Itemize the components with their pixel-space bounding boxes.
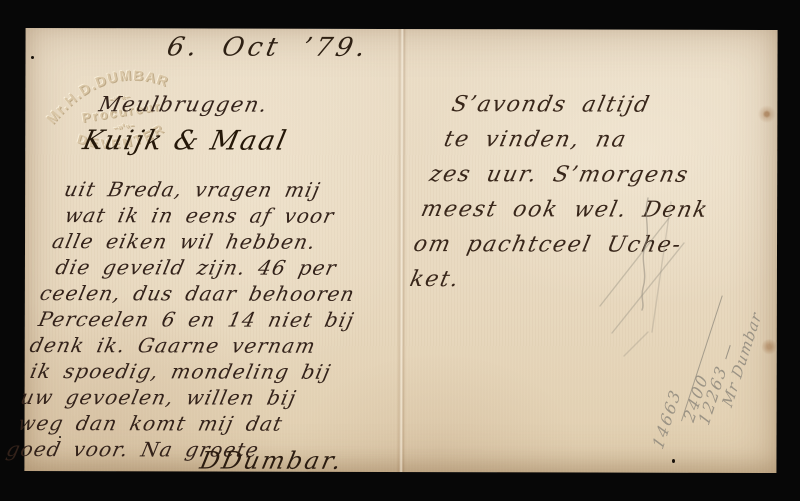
body-line: denk ik. Gaarne vernam: [27, 332, 414, 359]
body-line: die geveild zijn. 46 per: [53, 254, 431, 281]
left-page-body: uit Breda, vragen mij wat ik in eens af …: [2, 176, 448, 463]
body-line: Perceelen 6 en 14 niet bij: [36, 306, 420, 333]
ink-speck: [31, 56, 34, 59]
body-line: ik spoedig, mondeling bij: [28, 358, 409, 385]
right-page-body: S’avonds altijd te vinden, na zes uur. S…: [401, 87, 786, 298]
body-line: ceelen, dus daar behooren: [38, 280, 426, 307]
addressee-line: Kuijk & Maal: [80, 125, 291, 157]
letter-scan-photo: Mr.H.D.DUMBAR –»*«– Procureur –»*«– DEVE…: [0, 0, 800, 501]
signature-handwriting: DDumbar.: [197, 446, 346, 474]
body-line: ket.: [407, 262, 749, 298]
body-line: S’avonds altijd: [448, 87, 786, 123]
body-line: wat ik in eens af voor: [62, 202, 442, 229]
ink-speck: [672, 459, 675, 463]
body-line: alle eiken wil hebben.: [50, 228, 437, 255]
body-line: zes uur. S’morgens: [426, 157, 771, 193]
body-line: uw gevoelen, willen bij: [18, 384, 403, 411]
heading-line: Meulbruggen.: [97, 92, 271, 116]
body-line: weg dan komt mij dat: [16, 410, 398, 437]
body-line: te vinden, na: [441, 122, 779, 158]
body-line: om pachtceel Uche-: [410, 227, 756, 263]
body-line: uit Breda, vragen mij: [62, 176, 448, 203]
date-handwriting: 6. Oct ’79.: [164, 32, 372, 63]
body-line: meest ook wel. Denk: [418, 192, 764, 228]
ink-speck: [59, 436, 61, 438]
